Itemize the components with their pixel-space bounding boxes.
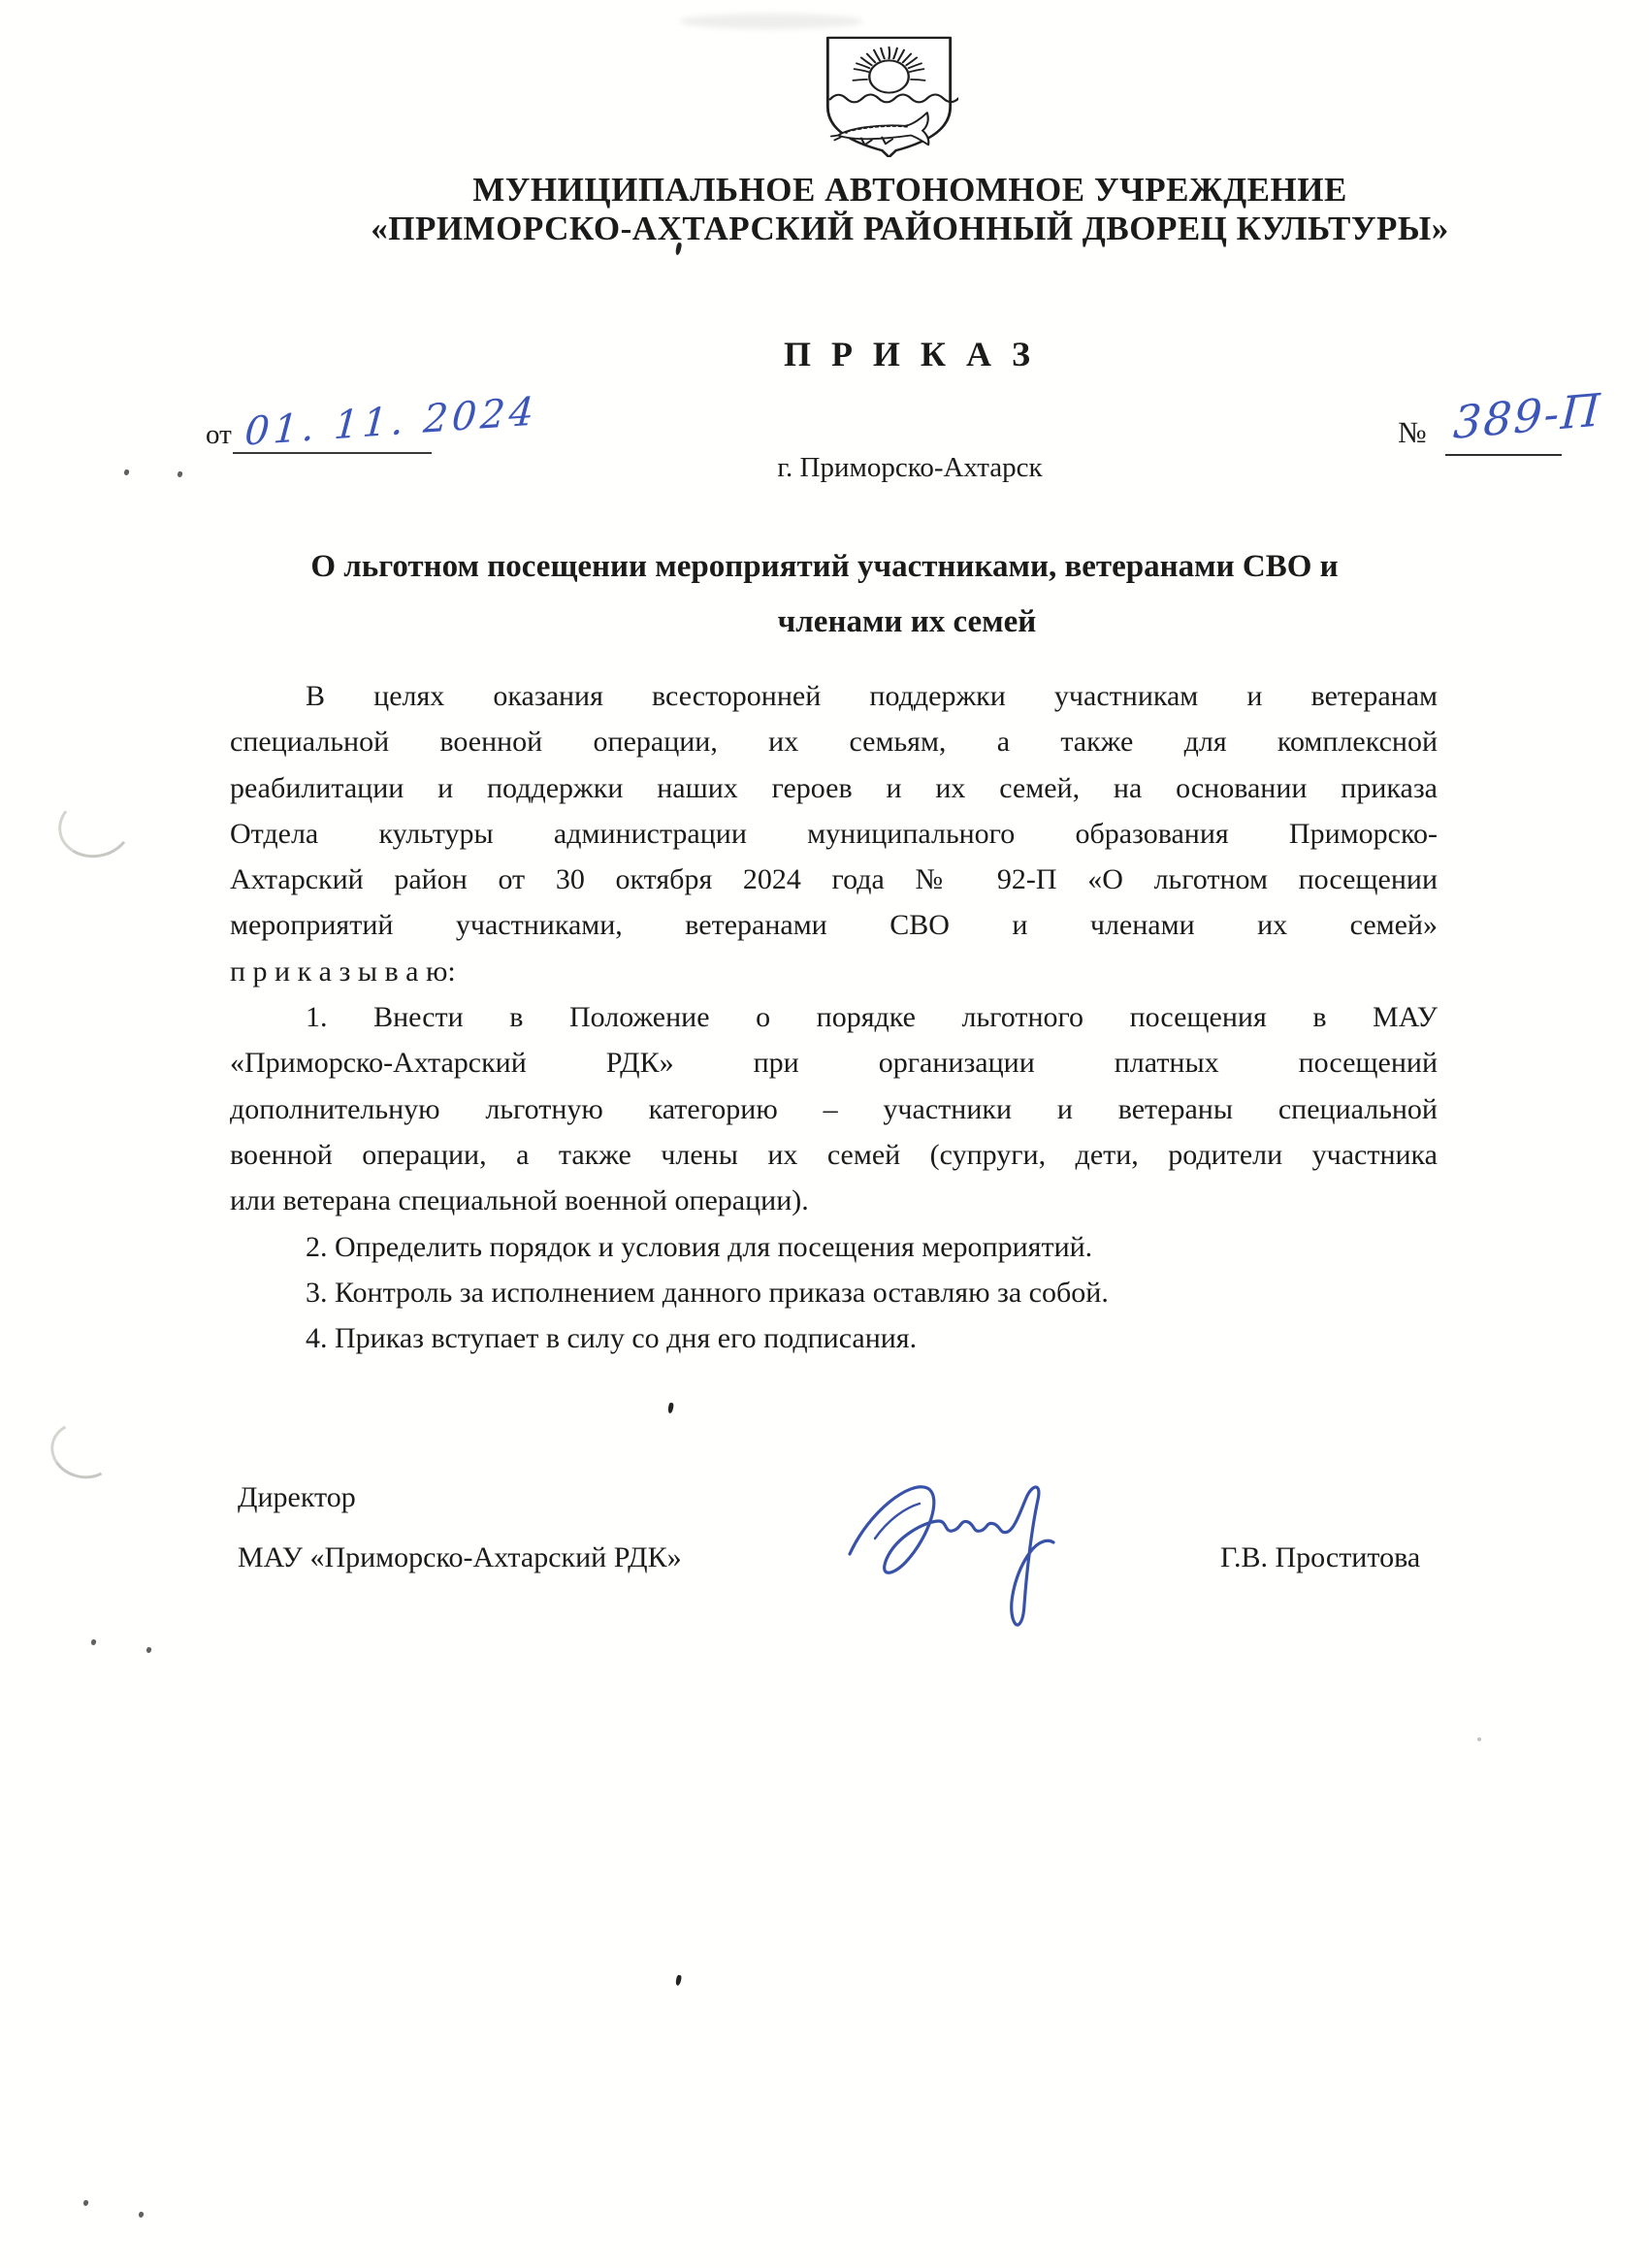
body-line: специальной военной операции, их семьям,… [230, 719, 1438, 764]
sun-disc [869, 60, 909, 92]
body-line: 3. Контроль за исполнением данного прика… [230, 1270, 1438, 1315]
body-line: Отдела культуры администрации муниципаль… [230, 811, 1438, 857]
organization-header: МУНИЦИПАЛЬНОЕ АВТОНОМНОЕ УЧРЕЖДЕНИЕ «ПРИ… [85, 171, 1649, 248]
body-line: реабилитации и поддержки наших героев и … [230, 765, 1438, 811]
signer-position-line1: Директор [238, 1481, 356, 1514]
scan-artifact-dot [145, 1646, 151, 1653]
order-city: г. Приморско-Ахтарск [85, 452, 1649, 484]
order-number-label: № [1398, 415, 1427, 450]
scan-artifact-dot [1477, 1737, 1481, 1741]
order-number-handwritten: 389-П [1452, 383, 1603, 449]
body-line: мероприятий участниками, ветеранами СВО … [230, 902, 1438, 948]
scanned-order-document: МУНИЦИПАЛЬНОЕ АВТОНОМНОЕ УЧРЕЖДЕНИЕ «ПРИ… [0, 0, 1649, 2268]
scan-artifact-dot [90, 1638, 96, 1645]
body-line: 4. Приказ вступает в силу со дня его под… [230, 1315, 1438, 1361]
body-line: «Приморско-Ахтарский РДК» при организаци… [230, 1040, 1438, 1085]
scan-artifact-tick [675, 1975, 682, 1987]
scan-artifact-punch-mark [53, 790, 137, 863]
order-subject: О льготном посещении мероприятий участни… [0, 539, 1649, 650]
body-line: п р и к а з ы в а ю: [230, 949, 1438, 994]
org-name-line1: МУНИЦИПАЛЬНОЕ АВТОНОМНОЕ УЧРЕЖДЕНИЕ [85, 171, 1649, 210]
scan-smudge [679, 14, 863, 29]
signer-name: Г.В. Проститова [1220, 1541, 1420, 1574]
scan-artifact-punch-mark [45, 1415, 122, 1486]
body-line: В целях оказания всесторонней поддержки … [230, 673, 1438, 719]
body-line: дополнительную льготную категорию – учас… [230, 1086, 1438, 1132]
scan-artifact-dot [82, 2199, 88, 2206]
subject-line2: членами их семей [82, 595, 1649, 650]
body-line: Ахтарский район от 30 октября 2024 года … [230, 857, 1438, 902]
scan-artifact-dot [138, 2211, 144, 2218]
body-line: военной операции, а также члены их семей… [230, 1132, 1438, 1178]
coat-of-arms-icon [820, 33, 958, 157]
order-body: В целях оказания всесторонней поддержки … [230, 673, 1438, 1361]
subject-line1: О льготном посещении мероприятий участни… [0, 539, 1649, 595]
director-signature-ink [836, 1461, 1147, 1655]
signer-position-line2: МАУ «Приморско-Ахтарский РДК» [238, 1541, 682, 1574]
body-line: 1. Внести в Положение о порядке льготног… [230, 994, 1438, 1040]
body-line: 2. Определить порядок и условия для посе… [230, 1224, 1438, 1270]
org-name-line2: «ПРИМОРСКО-АХТАРСКИЙ РАЙОННЫЙ ДВОРЕЦ КУЛ… [85, 210, 1649, 248]
body-line: или ветерана специальной военной операци… [230, 1178, 1438, 1223]
order-date-handwritten: 01. 11. 2024 [243, 389, 539, 454]
scan-artifact-tick [667, 1403, 674, 1414]
order-date-label: от [206, 419, 232, 451]
order-title: П Р И К А З [85, 334, 1649, 374]
